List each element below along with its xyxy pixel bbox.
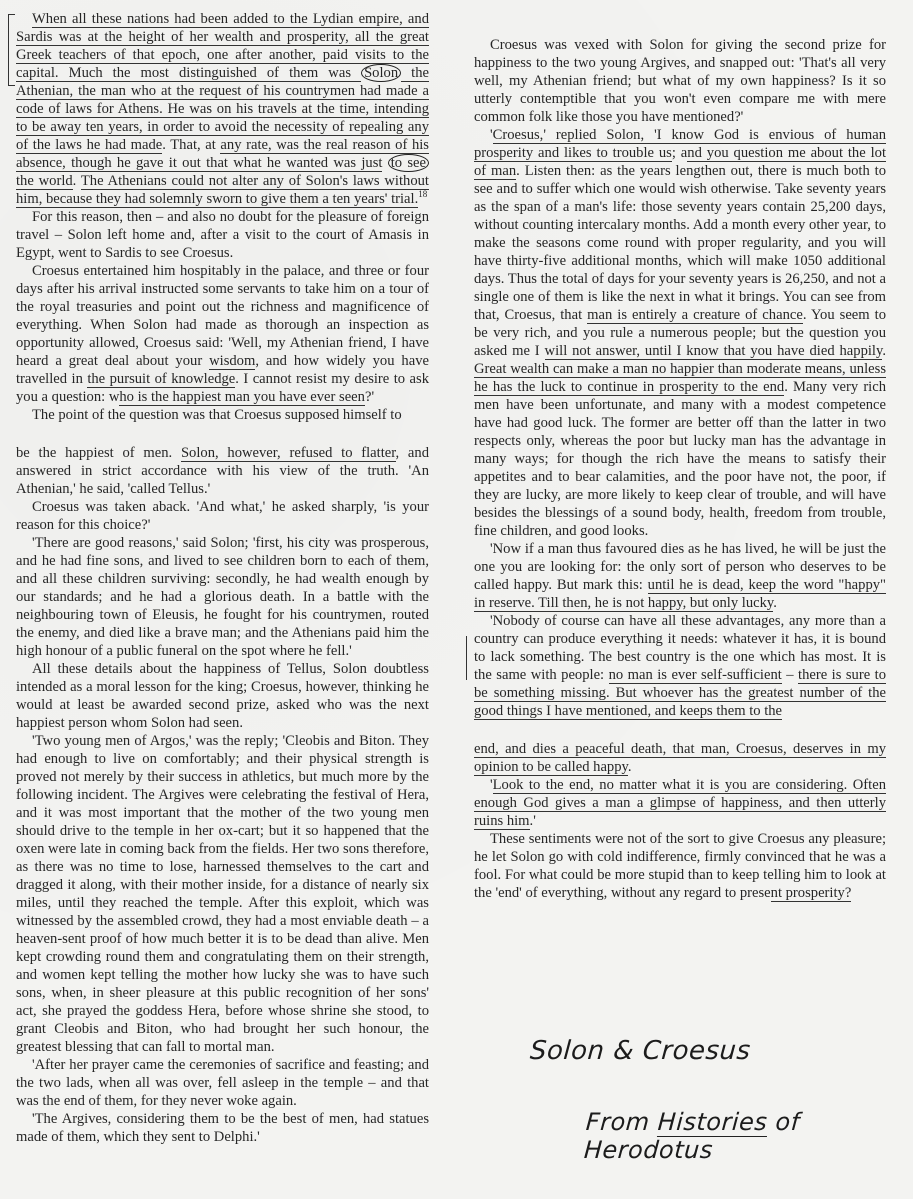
paragraph: 'Croesus,' replied Solon, 'I know God is… — [474, 126, 886, 540]
paragraph: For this reason, then – and also no doub… — [16, 208, 429, 262]
left-text-column: When all these nations had been added to… — [16, 10, 429, 1146]
underlined-passage: the world — [16, 173, 73, 190]
paragraph: The point of the question was that Croes… — [16, 406, 429, 424]
text-run: .' — [530, 813, 536, 829]
footnote-reference: 18 — [418, 189, 427, 199]
source-work-title: Histories — [657, 1108, 769, 1137]
handwritten-title-text: Solon & Croesus — [529, 1036, 752, 1066]
circled-word: to see — [388, 154, 429, 172]
paragraph: These sentiments were not of the sort to… — [474, 830, 886, 902]
paragraph: All these details about the happiness of… — [16, 660, 429, 732]
underlined-passage: no man is ever self-sufficient — [609, 667, 782, 684]
text-run: . Many very rich men have been unfortuna… — [474, 379, 886, 539]
right-text-column: Croesus was vexed with Solon for giving … — [474, 36, 886, 902]
handwritten-title: Solon & Croesus — [529, 1036, 752, 1066]
paragraph: 'After her prayer came the ceremonies of… — [16, 1056, 429, 1110]
paragraph: end, and dies a peaceful death, that man… — [474, 740, 886, 776]
paragraph: 'Now if a man thus favoured dies as he h… — [474, 540, 886, 612]
text-run: . — [73, 173, 81, 189]
paragraph: When all these nations had been added to… — [16, 10, 429, 208]
text-run — [382, 155, 387, 171]
paragraph: Croesus was taken aback. 'And what,' he … — [16, 498, 429, 534]
underlined-passage: will not answer, until I know that you h… — [545, 343, 883, 360]
scan-gap — [474, 720, 886, 740]
paragraph: Croesus was vexed with Solon for giving … — [474, 36, 886, 126]
underlined-passage: the pursuit of knowledge — [87, 371, 235, 388]
text-run: . That, at — [162, 137, 220, 153]
circled-word: Solon — [361, 64, 401, 82]
underlined-passage: ho is the happiest man you have ever see… — [119, 389, 365, 406]
underlined-passage: nt prosperity? — [771, 885, 852, 902]
underlined-passage: end, and dies a peaceful death, that man… — [474, 741, 886, 776]
handwritten-source: From Histories of Herodotus — [583, 1108, 913, 1164]
text-run: . — [773, 595, 777, 611]
text-run: . — [882, 343, 886, 359]
scanned-page: When all these nations had been added to… — [0, 0, 913, 1199]
paragraph: 'Look to the end, no matter what it is y… — [474, 776, 886, 830]
text-run: be the happiest of men. — [16, 445, 181, 461]
text-run: . — [628, 759, 632, 775]
paragraph: 'Two young men of Argos,' was the reply;… — [16, 732, 429, 1056]
paragraph: 'There are good reasons,' said Solon; 'f… — [16, 534, 429, 660]
text-run: ; a — [672, 145, 687, 161]
underlined-passage: wisdom — [209, 353, 255, 370]
text-run: – — [782, 667, 798, 683]
underlined-passage: man is entirely a creature of chance — [587, 307, 803, 324]
paragraph: be the happiest of men. Solon, however, … — [16, 444, 429, 498]
paragraph: 'The Argives, considering them to be the… — [16, 1110, 429, 1146]
text-run: ?' — [365, 389, 374, 405]
margin-bracket-left — [8, 14, 15, 86]
source-prefix: From — [585, 1108, 659, 1136]
text-run: . Listen then: as the years lengthen out… — [474, 163, 886, 323]
scan-gap — [16, 424, 429, 444]
paragraph: Croesus entertained him hospitably in th… — [16, 262, 429, 406]
margin-bracket-right — [466, 636, 471, 680]
underlined-passage: Solon, however, refused to flatter — [181, 445, 396, 462]
paragraph: 'Nobody of course can have all these adv… — [474, 612, 886, 720]
